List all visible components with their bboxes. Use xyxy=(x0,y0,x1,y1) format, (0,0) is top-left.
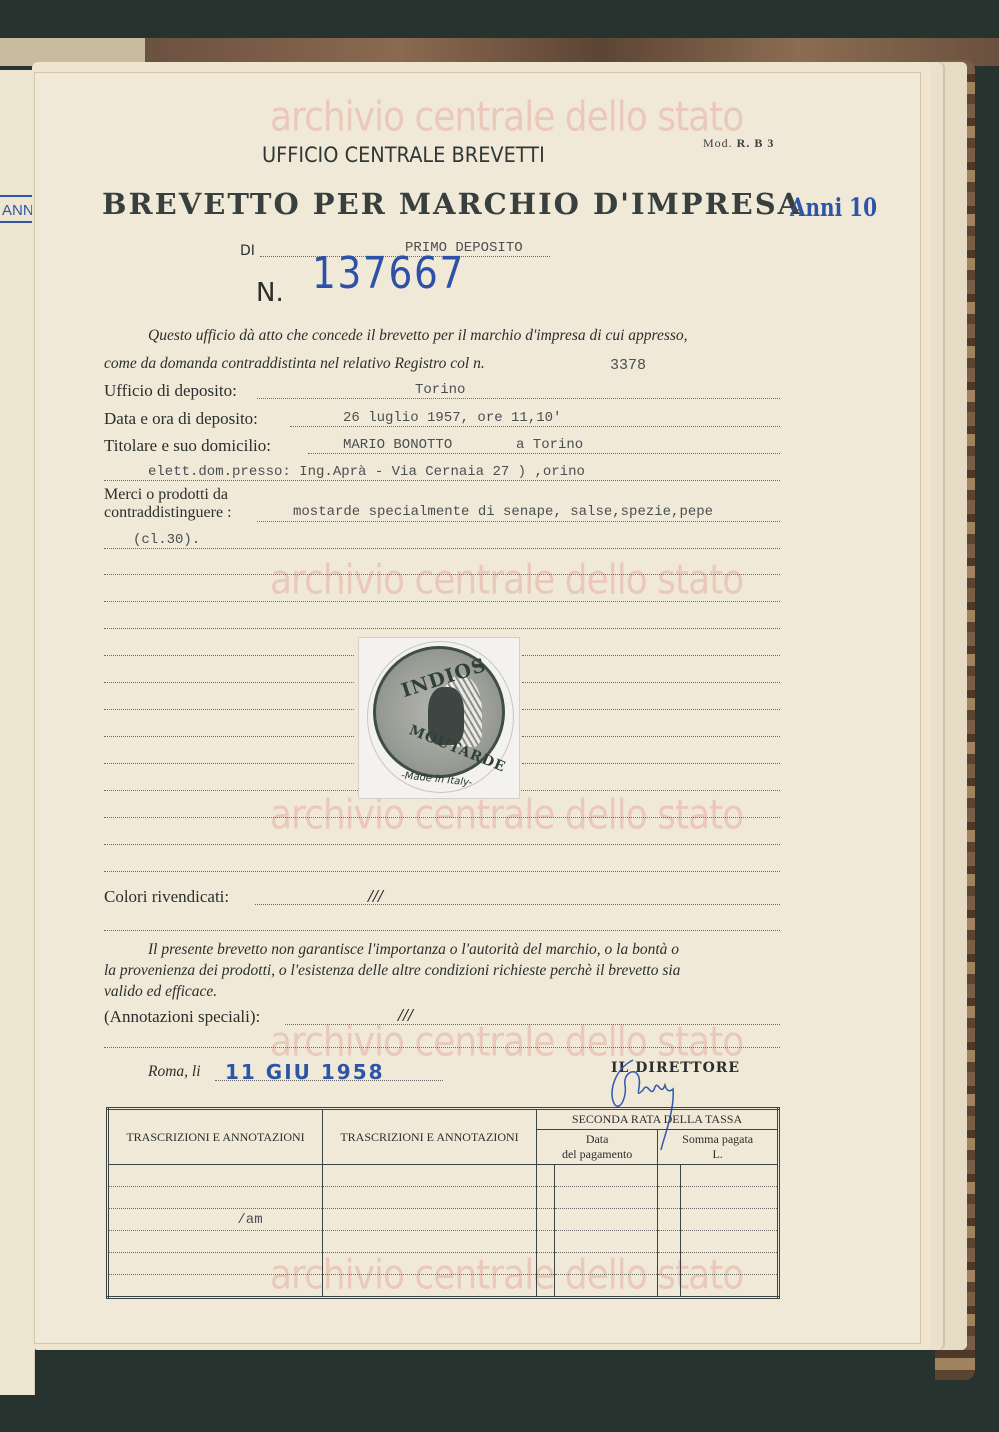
table-row xyxy=(108,1187,779,1209)
document-title: BREVETTO PER MARCHIO D'IMPRESA xyxy=(102,187,802,221)
blank-line xyxy=(104,601,780,602)
office-deposit-label: Ufficio di deposito: xyxy=(104,381,237,401)
goods-line-2 xyxy=(104,548,780,549)
blank-line xyxy=(104,628,780,629)
holder-address-line xyxy=(104,480,780,481)
col-payment-date: Datadel pagamento xyxy=(537,1130,658,1165)
register-table: TRASCRIZIONI E ANNOTAZIONI TRASCRIZIONI … xyxy=(106,1107,780,1299)
previous-page-edge xyxy=(0,70,35,1395)
register-note: /am xyxy=(237,1212,262,1228)
table-row xyxy=(108,1253,779,1275)
goods-label-2: contraddistinguere : xyxy=(104,504,232,522)
office-deposit-value: Torino xyxy=(415,382,465,398)
blank-line xyxy=(104,871,780,872)
blank-line xyxy=(104,655,354,656)
col-amount-paid: Somma pagataL. xyxy=(658,1130,779,1165)
blank-line xyxy=(104,817,780,818)
blank-line xyxy=(104,930,780,931)
blank-line xyxy=(104,844,780,845)
deposit-type-label: DI xyxy=(240,243,255,259)
holder-city: a Torino xyxy=(516,437,583,453)
disclaimer-line-2: la provenienza dei prodotti, o l'esisten… xyxy=(104,962,680,980)
deposit-datetime-label: Data e ora di deposito: xyxy=(104,409,258,429)
blank-line xyxy=(104,1047,780,1048)
colors-line xyxy=(255,904,780,905)
office-deposit-line xyxy=(257,398,780,399)
annotations-value: /// xyxy=(398,1005,413,1026)
colors-label: Colori rivendicati: xyxy=(104,887,229,907)
duration-stamp: Anni 10 xyxy=(790,193,877,222)
preamble-line-1: Questo ufficio dà atto che concede il br… xyxy=(148,327,688,345)
table-row xyxy=(108,1275,779,1298)
blank-line xyxy=(522,655,780,656)
patent-number: 137667 xyxy=(312,248,465,299)
blank-line xyxy=(522,682,780,683)
goods-label-1: Merci o prodotti da xyxy=(104,486,228,504)
col-transcriptions-1: TRASCRIZIONI E ANNOTAZIONI xyxy=(108,1109,323,1165)
form-code: Mod. R. B 3 xyxy=(703,136,774,151)
annotations-label: (Annotazioni speciali): xyxy=(104,1007,260,1027)
logo-circle: INDIOS MOUTARDE xyxy=(373,646,505,778)
holder-line xyxy=(308,453,780,454)
blank-line xyxy=(522,736,780,737)
deposit-datetime-line xyxy=(290,426,780,427)
holder-name: MARIO BONOTTO xyxy=(343,437,452,453)
disclaimer-line-1: Il presente brevetto non garantisce l'im… xyxy=(148,941,679,959)
table-row: /am xyxy=(108,1209,779,1231)
side-tab-stamp: ANN xyxy=(0,195,34,223)
registry-number: 3378 xyxy=(610,357,646,374)
office-heading: UFFICIO CENTRALE BREVETTI xyxy=(262,143,545,167)
col-transcriptions-2: TRASCRIZIONI E ANNOTAZIONI xyxy=(323,1109,537,1165)
table-row xyxy=(108,1165,779,1187)
blank-line xyxy=(104,763,354,764)
watermark: archivio centrale dello stato xyxy=(270,94,743,141)
place-label: Roma, li xyxy=(148,1063,201,1081)
annotations-line xyxy=(285,1024,780,1025)
blank-line xyxy=(104,574,780,575)
preamble-line-2: come da domanda contraddistinta nel rela… xyxy=(104,355,485,373)
tax-group-header: SECONDA RATA DELLA TASSA xyxy=(537,1109,779,1130)
trademark-logo: INDIOS MOUTARDE -Made in Italy- xyxy=(358,637,520,799)
blank-line xyxy=(104,682,354,683)
deposit-datetime-value: 26 luglio 1957, ore 11,10' xyxy=(343,410,561,426)
table-row xyxy=(108,1231,779,1253)
goods-value: mostarde specialmente di senape, salse,s… xyxy=(293,504,713,520)
disclaimer-line-3: valido ed efficace. xyxy=(104,983,217,1001)
blank-line xyxy=(104,736,354,737)
blank-line xyxy=(522,763,780,764)
blank-line xyxy=(104,709,354,710)
goods-line xyxy=(257,521,780,522)
holder-address: elett.dom.presso: Ing.Aprà - Via Cernaia… xyxy=(148,464,585,480)
issue-date-stamp: 11 GIU 1958 xyxy=(225,1060,385,1084)
watermark: archivio centrale dello stato xyxy=(270,557,743,604)
holder-label: Titolare e suo domicilio: xyxy=(104,436,271,456)
goods-value-cont: (cl.30). xyxy=(133,532,200,548)
colors-value: /// xyxy=(368,886,383,907)
patent-number-label: N. xyxy=(256,278,284,308)
blank-line xyxy=(522,709,780,710)
